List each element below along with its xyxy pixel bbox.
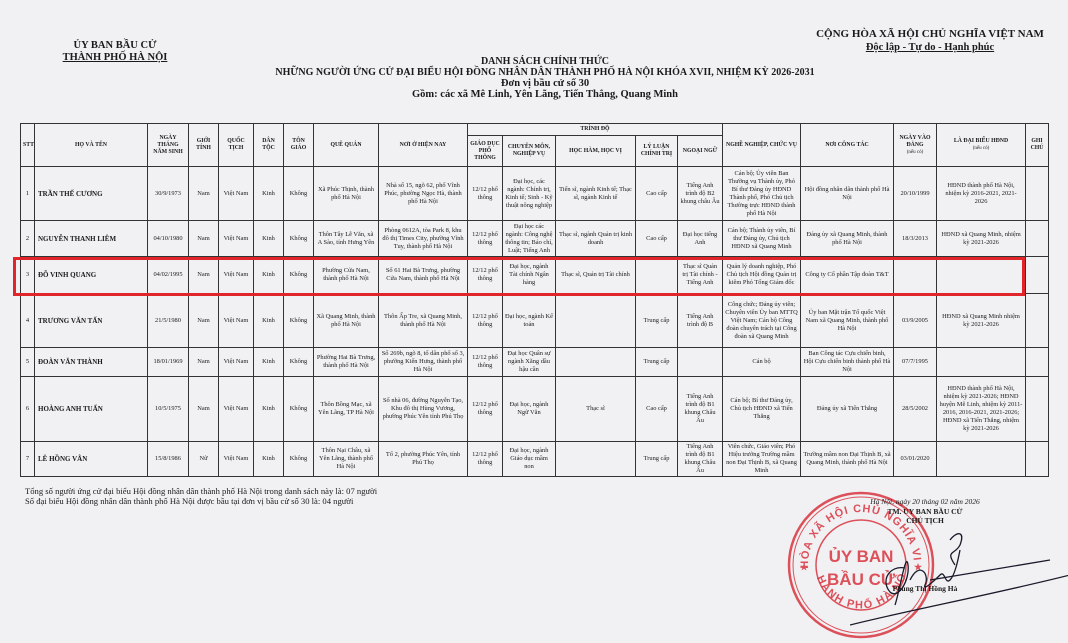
cell-stt: 1 bbox=[21, 167, 35, 221]
cell-religion: Không bbox=[284, 221, 314, 257]
cell-residence: Thôn Ấp Tre, xã Quang Minh, thành phố Hà… bbox=[379, 294, 468, 348]
cell-name: ĐOÀN VĂN THÀNH bbox=[35, 348, 148, 377]
cell-workplace: Đảng ủy xã Quang Minh, thành phố Hà Nội bbox=[801, 221, 894, 257]
cell-language: Thạc sĩ Quản trị Tài chính - Tiếng Anh bbox=[678, 257, 723, 294]
cell-name: TRẦN THẾ CƯƠNG bbox=[35, 167, 148, 221]
cell-delegate bbox=[937, 348, 1026, 377]
summary-seats: Số đại biểu Hội đồng nhân dân thành phố … bbox=[25, 496, 377, 506]
cell-ethnicity: Kinh bbox=[254, 377, 284, 442]
cell-language: Tiếng Anh trình độ B1 khung Châu Âu bbox=[678, 442, 723, 477]
table-body: 1TRẦN THẾ CƯƠNG30/9/1973NamViệt NamKinhK… bbox=[21, 167, 1049, 477]
candidate-table: STT HỌ VÀ TÊN NGÀY THÁNG NĂM SINH GIỚI T… bbox=[20, 123, 1049, 477]
cell-political: Trung cấp bbox=[636, 294, 678, 348]
cell-name: TRƯƠNG VĂN TẤN bbox=[35, 294, 148, 348]
col-gender: GIỚI TÍNH bbox=[189, 124, 219, 167]
col-delegate-note: (nếu có) bbox=[939, 145, 1023, 152]
cell-dob: 04/02/1995 bbox=[148, 257, 189, 294]
cell-language: Tiếng Anh trình độ B2 khung châu Âu bbox=[678, 167, 723, 221]
cell-ethnicity: Kinh bbox=[254, 294, 284, 348]
cell-gender: Nam bbox=[189, 348, 219, 377]
cell-ethnicity: Kinh bbox=[254, 348, 284, 377]
cell-hometown: Thôn Bồng Mạc, xã Yên Lãng, TP Hà Nội bbox=[314, 377, 379, 442]
cell-nationality: Việt Nam bbox=[219, 377, 254, 442]
cell-language: Đại học tiếng Anh bbox=[678, 221, 723, 257]
cell-specialty: Đại học, ngành Ngữ Văn bbox=[503, 377, 556, 442]
cell-delegate: HĐND xã Quang Minh nhiệm kỳ 2021-2026 bbox=[937, 294, 1026, 348]
cell-name: LÊ HỒNG VÂN bbox=[35, 442, 148, 477]
cell-residence: Tổ 2, phường Phúc Yên, tỉnh Phú Thọ bbox=[379, 442, 468, 477]
cell-occupation: Viên chức, Giáo viên; Phó Hiệu trưởng Tr… bbox=[723, 442, 801, 477]
cell-gender: Nam bbox=[189, 294, 219, 348]
cell-nationality: Việt Nam bbox=[219, 167, 254, 221]
authority-line2-text: THÀNH PHỐ HÀ NỘI bbox=[63, 52, 168, 63]
cell-degree: Tiến sĩ, ngành Kinh tế; Thạc sĩ, ngành K… bbox=[556, 167, 636, 221]
authority-line1: ỦY BAN BẦU CỬ bbox=[40, 40, 190, 52]
cell-political: Trung cấp bbox=[636, 348, 678, 377]
document-title: DANH SÁCH CHÍNH THỨC NHỮNG NGƯỜI ỨNG CỬ … bbox=[160, 56, 930, 100]
cell-gender: Nữ bbox=[189, 442, 219, 477]
cell-residence: Số nhà 06, đường Nguyễn Tạo, Khu đô thị … bbox=[379, 377, 468, 442]
cell-religion: Không bbox=[284, 257, 314, 294]
cell-general-edu: 12/12 phổ thông bbox=[468, 348, 503, 377]
col-hometown: QUÊ QUÁN bbox=[314, 124, 379, 167]
cell-nationality: Việt Nam bbox=[219, 442, 254, 477]
col-delegate-label: LÀ ĐẠI BIỂU HĐND bbox=[954, 138, 1008, 144]
cell-specialty: Đại học, ngành Tài chính Ngân hàng bbox=[503, 257, 556, 294]
cell-specialty: Đại học Quân sự ngành Xăng dầu hậu cần bbox=[503, 348, 556, 377]
col-language: NGOẠI NGỮ bbox=[678, 136, 723, 167]
col-political: LÝ LUẬN CHÍNH TRỊ bbox=[636, 136, 678, 167]
cell-gender: Nam bbox=[189, 167, 219, 221]
cell-hometown: Xã Phúc Thịnh, thành phố Hà Nội bbox=[314, 167, 379, 221]
motto: Độc lập - Tự do - Hạnh phúc bbox=[800, 41, 1060, 54]
cell-notes bbox=[1026, 377, 1049, 442]
cell-occupation: Cán bộ bbox=[723, 348, 801, 377]
cell-political: Trung cấp bbox=[636, 442, 678, 477]
cell-general-edu: 12/12 phổ thông bbox=[468, 167, 503, 221]
cell-stt: 6 bbox=[21, 377, 35, 442]
cell-ethnicity: Kinh bbox=[254, 442, 284, 477]
title-line2: NHỮNG NGƯỜI ỨNG CỬ ĐẠI BIỂU HỘI ĐỒNG NHÂ… bbox=[160, 67, 930, 78]
cell-hometown: Thôn Nại Châu, xã Yên Lãng, thành phố Hà… bbox=[314, 442, 379, 477]
cell-nationality: Việt Nam bbox=[219, 221, 254, 257]
cell-general-edu: 12/12 phổ thông bbox=[468, 221, 503, 257]
cell-party-date: 03/01/2020 bbox=[894, 442, 937, 477]
cell-delegate: HĐND thành phố Hà Nội, nhiệm kỳ 2021-202… bbox=[937, 377, 1026, 442]
cell-nationality: Việt Nam bbox=[219, 257, 254, 294]
cell-degree: Thạc sĩ, ngành Quản trị kinh doanh bbox=[556, 221, 636, 257]
sign-date: Hà Nội, ngày 20 tháng 02 năm 2026 bbox=[850, 497, 1000, 507]
cell-degree: Thạc sĩ bbox=[556, 377, 636, 442]
table-row: 2NGUYỄN THANH LIÊM04/10/1980NamViệt NamK… bbox=[21, 221, 1049, 257]
cell-occupation: Cán bộ; Bí thư Đảng ủy, Chủ tịch HĐND xã… bbox=[723, 377, 801, 442]
cell-degree bbox=[556, 294, 636, 348]
table-row: 4TRƯƠNG VĂN TẤN21/5/1980NamViệt NamKinhK… bbox=[21, 294, 1049, 348]
cell-specialty: Đại học, các ngành: Chính trị, Kinh tế; … bbox=[503, 167, 556, 221]
summary: Tổng số người ứng cử đại biểu Hội đồng n… bbox=[25, 486, 377, 506]
table-row: 7LÊ HỒNG VÂN15/8/1986NữViệt NamKinhKhông… bbox=[21, 442, 1049, 477]
cell-religion: Không bbox=[284, 377, 314, 442]
col-group-qualification: TRÌNH ĐỘ bbox=[468, 124, 723, 136]
cell-delegate bbox=[937, 257, 1026, 294]
cell-hometown: Thôn Tây Lễ Văn, xã A Sào, tỉnh Hưng Yên bbox=[314, 221, 379, 257]
col-party-date-note: (nếu có) bbox=[896, 149, 934, 156]
cell-stt: 4 bbox=[21, 294, 35, 348]
cell-religion: Không bbox=[284, 442, 314, 477]
cell-residence: Số 269b, ngõ 8, tổ dân phố số 3, phường … bbox=[379, 348, 468, 377]
cell-occupation: Quản lý doanh nghiệp, Phó Chủ tịch Hội đ… bbox=[723, 257, 801, 294]
cell-stt: 5 bbox=[21, 348, 35, 377]
cell-residence: Số 61 Hai Bà Trưng, phường Cửa Nam, thàn… bbox=[379, 257, 468, 294]
cell-general-edu: 12/12 phổ thông bbox=[468, 442, 503, 477]
cell-language bbox=[678, 348, 723, 377]
table-row: 5ĐOÀN VĂN THÀNH18/01/1969NamViệt NamKinh… bbox=[21, 348, 1049, 377]
cell-workplace: Trường mầm non Đại Thịnh B, xã Quang Min… bbox=[801, 442, 894, 477]
cell-gender: Nam bbox=[189, 257, 219, 294]
cell-occupation: Cán bộ; Ủy viên Ban Thường vụ Thành ủy, … bbox=[723, 167, 801, 221]
cell-general-edu: 12/12 phổ thông bbox=[468, 257, 503, 294]
cell-religion: Không bbox=[284, 294, 314, 348]
cell-dob: 10/5/1975 bbox=[148, 377, 189, 442]
table-header: STT HỌ VÀ TÊN NGÀY THÁNG NĂM SINH GIỚI T… bbox=[21, 124, 1049, 167]
stamp-star-left: ★ bbox=[800, 562, 809, 572]
cell-name: HOÀNG ANH TUẤN bbox=[35, 377, 148, 442]
title-line1: DANH SÁCH CHÍNH THỨC bbox=[160, 56, 930, 67]
cell-political: Cao cấp bbox=[636, 167, 678, 221]
cell-language: Tiếng Anh trình độ B1 khung Châu Âu bbox=[678, 377, 723, 442]
table-row: 1TRẦN THẾ CƯƠNG30/9/1973NamViệt NamKinhK… bbox=[21, 167, 1049, 221]
cell-notes bbox=[1026, 221, 1049, 257]
col-ethnicity: DÂN TỘC bbox=[254, 124, 284, 167]
title-line3: Đơn vị bầu cử số 30 bbox=[160, 78, 930, 89]
cell-political: Cao cấp bbox=[636, 377, 678, 442]
cell-delegate: HĐND thành phố Hà Nội, nhiệm kỳ 2016-202… bbox=[937, 167, 1026, 221]
sign-role1: TM. ỦY BAN BẦU CỬ bbox=[850, 507, 1000, 517]
handwritten-signature bbox=[850, 520, 1068, 630]
col-dob: NGÀY THÁNG NĂM SINH bbox=[148, 124, 189, 167]
cell-ethnicity: Kinh bbox=[254, 257, 284, 294]
cell-party-date: 07/7/1995 bbox=[894, 348, 937, 377]
col-occupation: NGHỀ NGHIỆP, CHỨC VỤ bbox=[723, 124, 801, 167]
cell-name: ĐỖ VINH QUANG bbox=[35, 257, 148, 294]
cell-workplace: Ban Công tác Cựu chiến binh, Hội Cựu chi… bbox=[801, 348, 894, 377]
cell-notes bbox=[1026, 257, 1049, 294]
cell-hometown: Phường Hai Bà Trưng, thành phố Hà Nội bbox=[314, 348, 379, 377]
cell-party-date: 18/3/2013 bbox=[894, 221, 937, 257]
cell-dob: 18/01/1969 bbox=[148, 348, 189, 377]
cell-party-date bbox=[894, 257, 937, 294]
cell-delegate: HĐND xã Quang Minh, nhiệm kỳ 2021-2026 bbox=[937, 221, 1026, 257]
cell-specialty: Đại học, ngành Giáo dục mầm non bbox=[503, 442, 556, 477]
cell-nationality: Việt Nam bbox=[219, 348, 254, 377]
cell-ethnicity: Kinh bbox=[254, 167, 284, 221]
national-motto: CỘNG HÒA XÃ HỘI CHỦ NGHĨA VIỆT NAM Độc l… bbox=[800, 28, 1060, 54]
cell-name: NGUYỄN THANH LIÊM bbox=[35, 221, 148, 257]
col-delegate: LÀ ĐẠI BIỂU HĐND (nếu có) bbox=[937, 124, 1026, 167]
col-notes: GHI CHÚ bbox=[1026, 124, 1049, 167]
cell-workplace: Ủy ban Mặt trận Tổ quốc Việt Nam xã Quan… bbox=[801, 294, 894, 348]
cell-political bbox=[636, 257, 678, 294]
table-row: 3ĐỖ VINH QUANG04/02/1995NamViệt NamKinhK… bbox=[21, 257, 1049, 294]
cell-gender: Nam bbox=[189, 377, 219, 442]
cell-party-date: 20/10/1999 bbox=[894, 167, 937, 221]
col-nationality: QUỐC TỊCH bbox=[219, 124, 254, 167]
cell-degree bbox=[556, 442, 636, 477]
col-religion: TÔN GIÁO bbox=[284, 124, 314, 167]
cell-degree bbox=[556, 348, 636, 377]
cell-residence: Nhà số 15, ngõ 62, phố Vĩnh Phúc, phường… bbox=[379, 167, 468, 221]
cell-specialty: Đại học, ngành Kế toán bbox=[503, 294, 556, 348]
cell-notes bbox=[1026, 348, 1049, 377]
col-specialty: CHUYÊN MÔN, NGHIỆP VỤ bbox=[503, 136, 556, 167]
cell-dob: 04/10/1980 bbox=[148, 221, 189, 257]
cell-occupation: Cán bộ; Thành ủy viên, Bí thư Đảng ủy, C… bbox=[723, 221, 801, 257]
cell-degree: Thạc sĩ, Quản trị Tài chính bbox=[556, 257, 636, 294]
cell-gender: Nam bbox=[189, 221, 219, 257]
cell-general-edu: 12/12 phổ thông bbox=[468, 377, 503, 442]
cell-political: Cao cấp bbox=[636, 221, 678, 257]
col-stt: STT bbox=[21, 124, 35, 167]
col-general-edu: GIÁO DỤC PHỔ THÔNG bbox=[468, 136, 503, 167]
cell-delegate bbox=[937, 442, 1026, 477]
cell-language: Tiếng Anh trình độ B bbox=[678, 294, 723, 348]
col-name: HỌ VÀ TÊN bbox=[35, 124, 148, 167]
cell-general-edu: 12/12 phổ thông bbox=[468, 294, 503, 348]
cell-residence: Phòng 0612A, tòa Park 8, khu đô thị Time… bbox=[379, 221, 468, 257]
cell-stt: 7 bbox=[21, 442, 35, 477]
cell-notes bbox=[1026, 442, 1049, 477]
cell-workplace: Công ty Cổ phần Tập đoàn T&T bbox=[801, 257, 894, 294]
cell-ethnicity: Kinh bbox=[254, 221, 284, 257]
col-party-date-label: NGÀY VÀO ĐẢNG bbox=[899, 135, 930, 148]
table-row: 6HOÀNG ANH TUẤN10/5/1975NamViệt NamKinhK… bbox=[21, 377, 1049, 442]
cell-nationality: Việt Nam bbox=[219, 294, 254, 348]
cell-notes bbox=[1026, 294, 1049, 348]
cell-notes bbox=[1026, 167, 1049, 221]
summary-total-candidates: Tổng số người ứng cử đại biểu Hội đồng n… bbox=[25, 486, 377, 496]
cell-party-date: 03/9/2005 bbox=[894, 294, 937, 348]
title-line4: Gồm: các xã Mê Linh, Yên Lãng, Tiến Thắn… bbox=[160, 89, 930, 100]
cell-dob: 21/5/1980 bbox=[148, 294, 189, 348]
cell-specialty: Đại học các ngành: Công nghệ thông tin; … bbox=[503, 221, 556, 257]
cell-party-date: 28/5/2002 bbox=[894, 377, 937, 442]
col-party-date: NGÀY VÀO ĐẢNG (nếu có) bbox=[894, 124, 937, 167]
cell-religion: Không bbox=[284, 167, 314, 221]
col-workplace: NƠI CÔNG TÁC bbox=[801, 124, 894, 167]
cell-workplace: Hội đồng nhân dân thành phố Hà Nội bbox=[801, 167, 894, 221]
cell-stt: 3 bbox=[21, 257, 35, 294]
country-name: CỘNG HÒA XÃ HỘI CHỦ NGHĨA VIỆT NAM bbox=[800, 28, 1060, 41]
cell-hometown: Phường Cửa Nam, thành phố Hà Nội bbox=[314, 257, 379, 294]
cell-hometown: Xã Quang Minh, thành phố Hà Nội bbox=[314, 294, 379, 348]
col-residence: NƠI Ở HIỆN NAY bbox=[379, 124, 468, 167]
cell-dob: 30/9/1973 bbox=[148, 167, 189, 221]
cell-dob: 15/8/1986 bbox=[148, 442, 189, 477]
cell-occupation: Công chức; Đảng ủy viên; Chuyên viên Ủy … bbox=[723, 294, 801, 348]
cell-workplace: Đảng ủy xã Tiến Thắng bbox=[801, 377, 894, 442]
cell-stt: 2 bbox=[21, 221, 35, 257]
cell-religion: Không bbox=[284, 348, 314, 377]
col-degree: HỌC HÀM, HỌC VỊ bbox=[556, 136, 636, 167]
